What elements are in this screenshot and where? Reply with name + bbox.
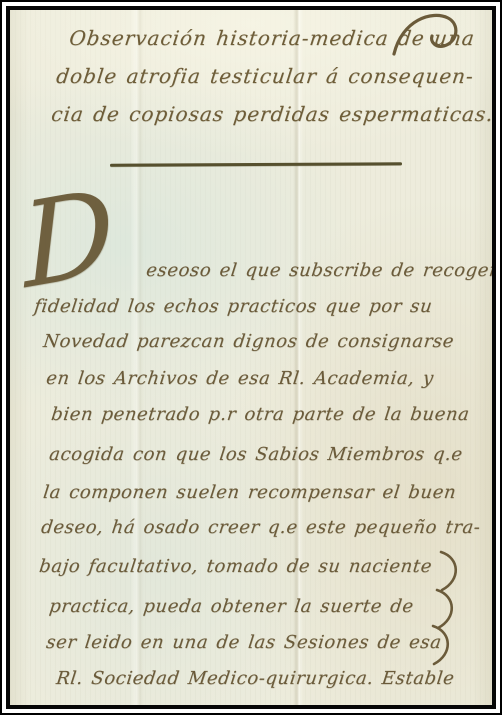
title-line-2: doble atrofia testicular á consequen- [55,64,475,88]
pen-flourish-icon [434,586,460,632]
drop-cap: D [19,174,119,307]
body-line: acogida con que los Sabios Miembros q.e [48,444,464,465]
title-line-1: Observación historia-medica de una [68,26,476,50]
body-line: deseo, há osado creer q.e este pequeño t… [40,517,482,538]
title-line-3: cia de copiosas perdidas espermaticas. [50,102,495,126]
body-line: practica, pueda obtener la suerte de [48,596,415,617]
body-line: Novedad parezcan dignos de consignarse [42,331,455,352]
paper-sheet: Observación historia-medica de una doble… [6,6,496,709]
body-line: bajo facultativo, tomado de su naciente [38,556,433,577]
body-line: ser leido en una de las Sesiones de esa [45,632,443,653]
body-line: bien penetrado p.r otra parte de la buen… [50,404,471,425]
body-line: en los Archivos de esa Rl. Academia, y [45,368,435,389]
body-line: la componen suelen recompensar el buen [42,482,458,503]
body-line: Rl. Sociedad Medico-quirurgica. Estable [55,668,456,689]
manuscript-scan: Observación historia-medica de una doble… [0,0,502,715]
divider-rule [110,162,402,167]
body-line: eseoso el que subscribe de recoger con [145,260,496,281]
pen-flourish-icon [438,548,464,594]
body-line: fidelidad los echos practicos que por su [33,296,434,317]
